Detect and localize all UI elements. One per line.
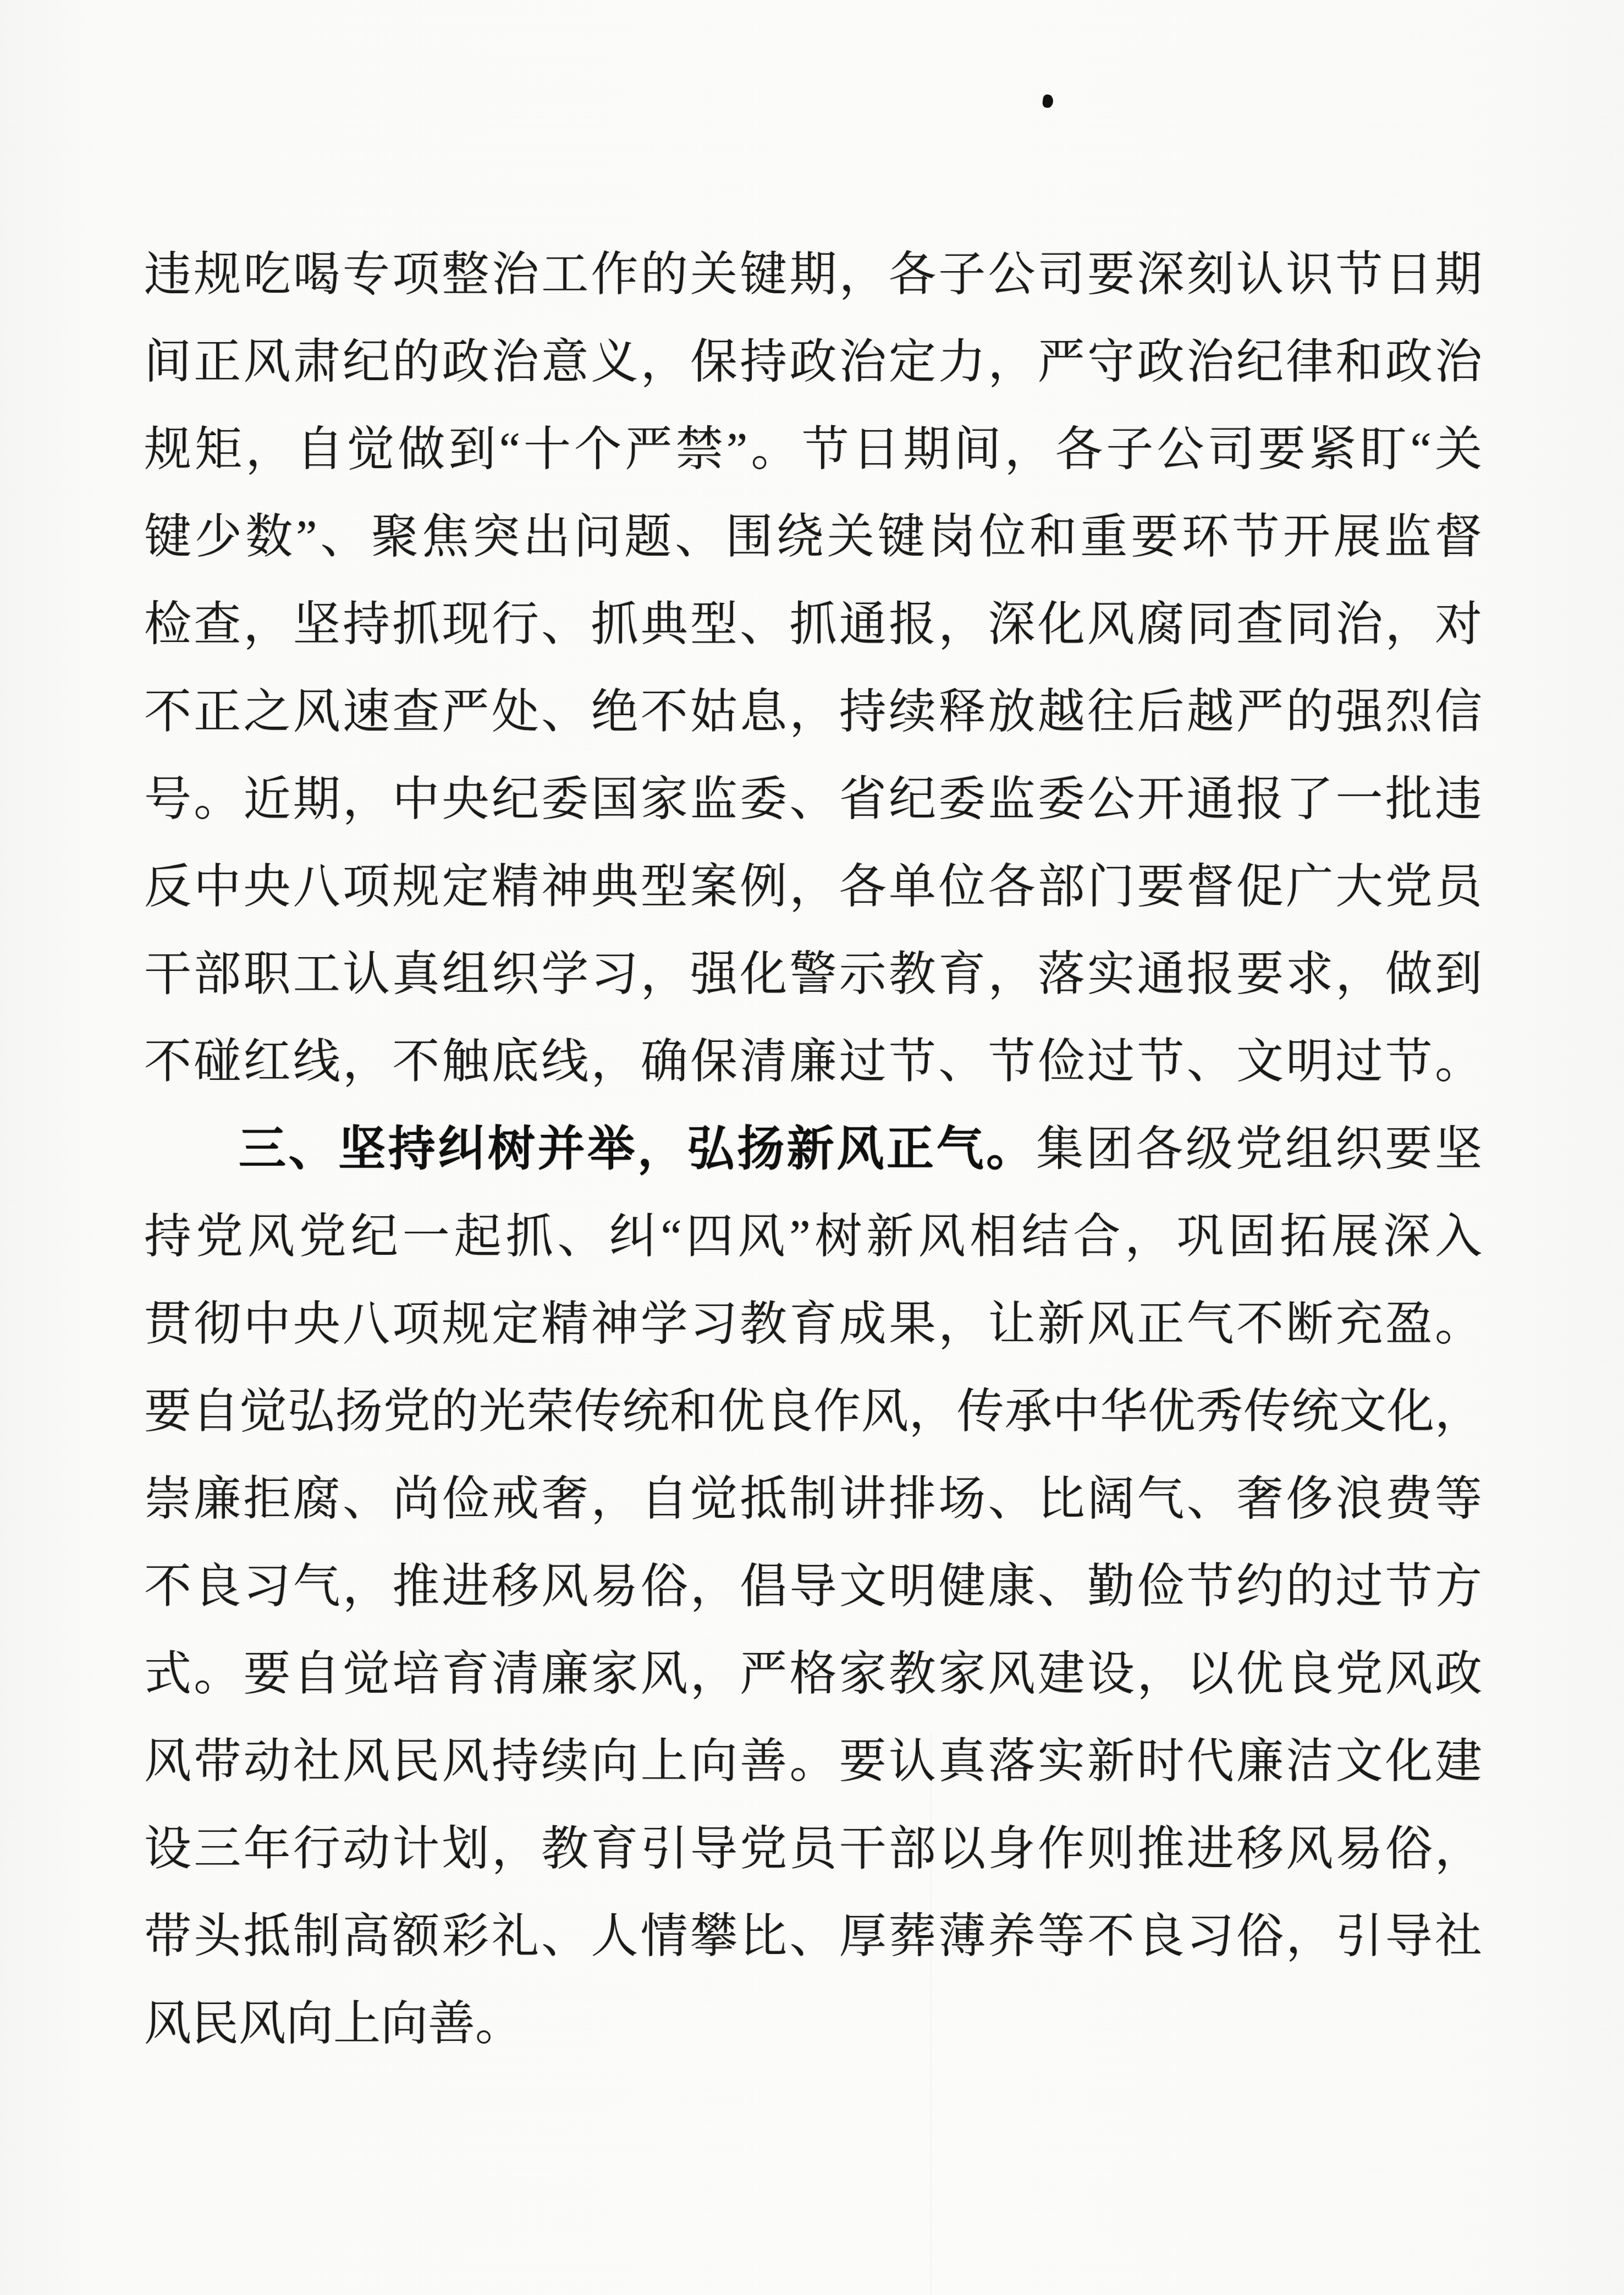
- document-body-text: 违规吃喝专项整治工作的关键期，各子公司要深刻认识节日期 间正风肃纪的政治意义，保…: [144, 231, 1482, 2068]
- text-line: 干部职工认真组织学习，强化警示教育，落实通报要求，做到: [144, 931, 1482, 1018]
- text-line: 规矩，自觉做到“十个严禁”。节日期间，各子公司要紧盯“关: [144, 406, 1482, 493]
- text-line: 检查，坚持抓现行、抓典型、抓通报，深化风腐同查同治，对: [144, 581, 1482, 668]
- text-line: 不碰红线，不触底线，确保清廉过节、节俭过节、文明过节。: [144, 1018, 1482, 1106]
- text-line: 要自觉弘扬党的光荣传统和优良作风，传承中华优秀传统文化，: [144, 1368, 1482, 1456]
- text-line: 式。要自觉培育清廉家风，严格家教家风建设，以优良党风政: [144, 1630, 1482, 1718]
- text-line: 崇廉拒腐、尚俭戒奢，自觉抵制讲排场、比阔气、奢侈浪费等: [144, 1456, 1482, 1543]
- text-line: 不正之风速查严处、绝不姑息，持续释放越往后越严的强烈信: [144, 668, 1482, 756]
- section-heading-bold: 三、坚持纠树并举，弘扬新风正气。: [239, 1123, 1036, 1176]
- text-line: 风带动社风民风持续向上向善。要认真落实新时代廉洁文化建: [144, 1718, 1482, 1805]
- text-line: 带头抵制高额彩礼、人情攀比、厚葬薄养等不良习俗，引导社: [144, 1893, 1482, 1980]
- text-line: 风民风向上向善。: [144, 1980, 1482, 2068]
- section-heading-rest: 集团各级党组织要坚: [1036, 1123, 1482, 1176]
- text-line: 贯彻中央八项规定精神学习教育成果，让新风正气不断充盈。: [144, 1281, 1482, 1368]
- text-line: 不良习气，推进移风易俗，倡导文明健康、勤俭节约的过节方: [144, 1543, 1482, 1630]
- text-line: 违规吃喝专项整治工作的关键期，各子公司要深刻认识节日期: [144, 231, 1482, 319]
- ink-dot-artifact: [1042, 94, 1054, 108]
- text-line-section-heading: 三、坚持纠树并举，弘扬新风正气。集团各级党组织要坚: [144, 1106, 1482, 1193]
- text-line: 号。近期，中央纪委国家监委、省纪委监委公开通报了一批违: [144, 756, 1482, 843]
- text-line: 设三年行动计划，教育引导党员干部以身作则推进移风易俗，: [144, 1805, 1482, 1893]
- text-line: 键少数”、聚焦突出问题、围绕关键岗位和重要环节开展监督: [144, 493, 1482, 581]
- text-line: 反中央八项规定精神典型案例，各单位各部门要督促广大党员: [144, 843, 1482, 931]
- scanned-document-page: 违规吃喝专项整治工作的关键期，各子公司要深刻认识节日期 间正风肃纪的政治意义，保…: [0, 0, 1624, 2295]
- paragraph-continuation: 违规吃喝专项整治工作的关键期，各子公司要深刻认识节日期 间正风肃纪的政治意义，保…: [144, 231, 1482, 1106]
- text-line: 持党风党纪一起抓、纠“四风”树新风相结合，巩固拓展深入: [144, 1193, 1482, 1281]
- text-line: 间正风肃纪的政治意义，保持政治定力，严守政治纪律和政治: [144, 319, 1482, 406]
- paragraph-section-three: 三、坚持纠树并举，弘扬新风正气。集团各级党组织要坚 持党风党纪一起抓、纠“四风”…: [144, 1106, 1482, 2068]
